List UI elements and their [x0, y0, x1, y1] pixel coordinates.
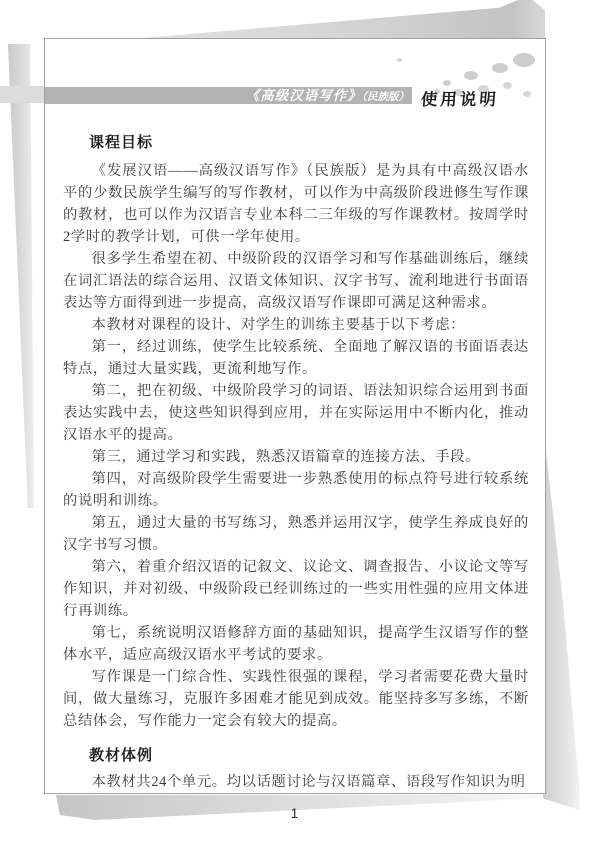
section-heading-course-goals: 课程目标	[89, 131, 529, 152]
paragraph: 第四，对高级阶段学生需要进一步熟悉使用的标点符号进行较系统的说明和训练。	[63, 468, 529, 512]
dot-icon	[397, 58, 402, 62]
book-title: 《高级汉语写作》	[246, 88, 362, 103]
page-sheet: 《高级汉语写作》（民族版） 使用说明 课程目标 《发展汉语——高级汉语写作》（民…	[44, 38, 546, 794]
paragraph: 第五，通过大量的书写练习，熟悉并运用汉字，使学生养成良好的汉字书写习惯。	[63, 512, 529, 556]
paragraph: 《发展汉语——高级汉语写作》（民族版）是为具有中高级汉语水平的少数民族学生编写的…	[63, 160, 529, 248]
page-number: 1	[44, 806, 545, 821]
book-edition-label: （民族版）	[362, 91, 409, 103]
scanned-document-canvas: 《高级汉语写作》（民族版） 使用说明 课程目标 《发展汉语——高级汉语写作》（民…	[0, 0, 600, 846]
paragraph: 第七，系统说明汉语修辞方面的基础知识，提高学生汉语写作的整体水平，适应高级汉语水…	[63, 622, 529, 666]
back-page-right-edge-shadow	[543, 425, 583, 810]
paragraph: 第一，经过训练，使学生比较系统、全面地了解汉语的书面语表达特点，通过大量实践，更…	[63, 336, 529, 380]
chapter-header-bar: 《高级汉语写作》（民族版）	[45, 87, 412, 104]
header-bar-bleed	[0, 86, 45, 103]
paragraph: 很多学生希望在初、中级阶段的汉语学习和写作基础训练后，继续在词汇语法的综合运用、…	[63, 248, 529, 314]
paragraph: 第三，通过学习和实践，熟悉汉语篇章的连接方法、手段。	[63, 446, 529, 468]
dot-icon	[523, 91, 531, 97]
dot-icon	[492, 63, 508, 73]
paragraph: 本教材共24个单元。均以话题讨论与汉语篇章、语段写作知识为明	[63, 771, 529, 793]
page-content: 课程目标 《发展汉语——高级汉语写作》（民族版）是为具有中高级汉语水平的少数民族…	[63, 131, 529, 793]
paragraph: 第二，把在初级、中级阶段学习的词语、语法知识综合运用到书面表达实践中去，使这些知…	[63, 380, 529, 446]
back-page-left-edge-shadow	[8, 44, 36, 508]
paragraph: 第六，着重介绍汉语的记叙文、议论文、调查报告、小议论文等写作知识，并对初级、中级…	[63, 556, 529, 622]
dot-icon	[513, 53, 535, 67]
paragraph: 写作课是一门综合性、实践性很强的课程，学习者需要花费大量时间，做大量练习，克服许…	[63, 666, 529, 732]
back-page-top-edge-shadow	[130, 0, 545, 39]
paragraph: 本教材对课程的设计、对学生的训练主要基于以下考虑：	[63, 314, 529, 336]
section-heading-textbook-format: 教材体例	[89, 744, 529, 765]
dot-icon	[503, 82, 512, 89]
dot-icon	[464, 71, 478, 80]
section-label: 使用说明	[420, 86, 500, 110]
